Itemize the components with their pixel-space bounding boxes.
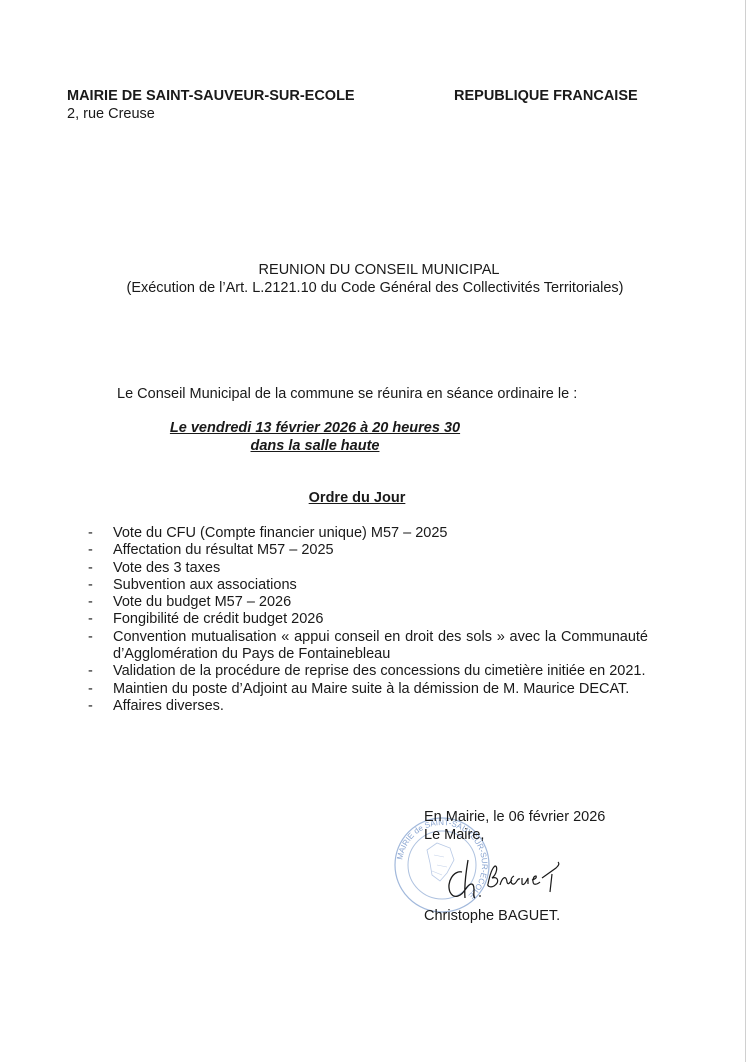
republic-header: REPUBLIQUE FRANCAISE: [454, 87, 638, 105]
bullet-dash: -: [88, 542, 93, 559]
bullet-dash: -: [88, 629, 93, 646]
agenda-item-text: Convention mutualisation « appui conseil…: [113, 629, 648, 662]
agenda-item-text: Vote des 3 taxes: [113, 560, 220, 576]
place-date: En Mairie, le 06 février 2026: [424, 808, 605, 826]
agenda-item: -Affaires diverses.: [88, 698, 648, 715]
bullet-dash: -: [88, 611, 93, 628]
signature-block: En Mairie, le 06 février 2026 Le Maire,: [424, 808, 605, 844]
title-line-2: (Exécution de l’Art. L.2121.10 du Code G…: [0, 279, 750, 297]
mairie-name: MAIRIE DE SAINT-SAUVEUR-SUR-ECOLE: [67, 87, 355, 105]
meeting-place: dans la salle haute: [251, 438, 380, 454]
agenda-item-text: Validation de la procédure de reprise de…: [113, 663, 646, 679]
bullet-dash: -: [88, 594, 93, 611]
bullet-dash: -: [88, 577, 93, 594]
agenda-item: -Vote du budget M57 – 2026: [88, 594, 648, 611]
document-title: REUNION DU CONSEIL MUNICIPAL (Exécution …: [0, 261, 750, 297]
agenda-item: -Fongibilité de crédit budget 2026: [88, 611, 648, 628]
intro-text: Le Conseil Municipal de la commune se ré…: [117, 385, 577, 403]
bullet-dash: -: [88, 560, 93, 577]
agenda-item: -Subvention aux associations: [88, 577, 648, 594]
agenda-item-text: Affaires diverses.: [113, 698, 224, 714]
agenda-item-text: Vote du CFU (Compte financier unique) M5…: [113, 525, 448, 541]
bullet-dash: -: [88, 663, 93, 680]
agenda-item: -Affectation du résultat M57 – 2025: [88, 542, 648, 559]
signer-name: Christophe BAGUET.: [424, 907, 560, 925]
agenda-list: -Vote du CFU (Compte financier unique) M…: [88, 525, 648, 715]
agenda-item: -Vote du CFU (Compte financier unique) M…: [88, 525, 648, 542]
agenda-item-text: Affectation du résultat M57 – 2025: [113, 542, 334, 558]
signer-role: Le Maire,: [424, 826, 605, 844]
bullet-dash: -: [88, 525, 93, 542]
page-edge-line: [745, 0, 746, 1062]
agenda-title: Ordre du Jour: [0, 489, 714, 507]
mairie-header: MAIRIE DE SAINT-SAUVEUR-SUR-ECOLE 2, rue…: [67, 87, 355, 123]
agenda-item: -Maintien du poste d’Adjoint au Maire su…: [88, 681, 648, 698]
bullet-dash: -: [88, 681, 93, 698]
agenda-item: -Convention mutualisation « appui consei…: [88, 629, 648, 664]
agenda-item-text: Subvention aux associations: [113, 577, 297, 593]
agenda-item: -Vote des 3 taxes: [88, 560, 648, 577]
handwritten-signature-icon: [440, 852, 590, 902]
agenda-item-text: Vote du budget M57 – 2026: [113, 594, 291, 610]
bullet-dash: -: [88, 698, 93, 715]
title-line-1: REUNION DU CONSEIL MUNICIPAL: [0, 261, 750, 279]
mairie-address: 2, rue Creuse: [67, 105, 355, 123]
agenda-item: -Validation de la procédure de reprise d…: [88, 663, 648, 680]
meeting-info: Le vendredi 13 février 2026 à 20 heures …: [0, 419, 630, 455]
agenda-item-text: Fongibilité de crédit budget 2026: [113, 611, 323, 627]
meeting-date: Le vendredi 13 février 2026 à 20 heures …: [170, 420, 460, 436]
agenda-item-text: Maintien du poste d’Adjoint au Maire sui…: [113, 681, 629, 697]
